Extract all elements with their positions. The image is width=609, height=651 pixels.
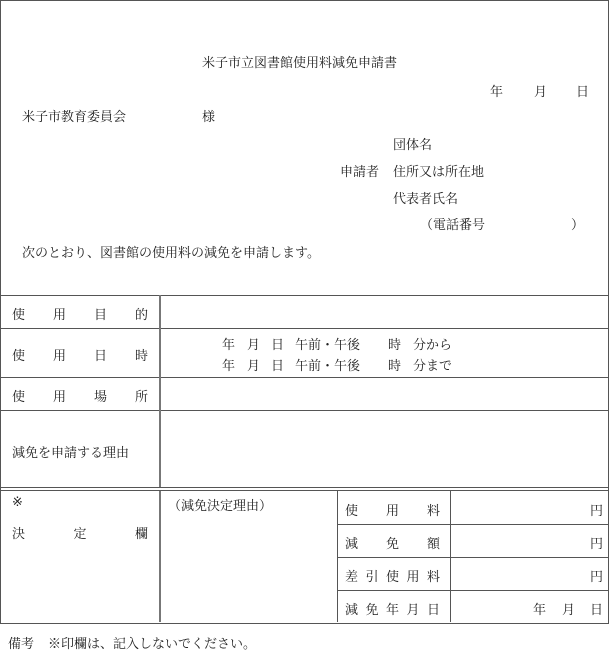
reduction-date-day: 日 [590,599,603,618]
form-title: 米子市立図書館使用料減免申請書 [202,52,397,71]
phone-close: ） [571,214,584,233]
column-divider [159,295,161,487]
group-name-label: 団体名 [393,134,432,153]
fee-unit: 円 [590,500,603,519]
reduction-amount-unit: 円 [590,533,603,552]
reduction-amount-label: 減 免 額 [345,533,440,552]
phone-label: （電話番号 [420,214,485,233]
date-month-label: 月 [534,81,547,100]
divider [337,524,609,525]
divider [0,328,609,329]
net-fee-label: 差 引 使 用 料 [345,566,440,585]
representative-label: 代表者氏名 [393,188,458,207]
reason-field[interactable] [162,411,607,486]
date-day-label: 日 [576,81,589,100]
row-label-purpose: 使 用 目 的 [12,304,148,323]
addressee: 米子市教育委員会 [22,106,126,125]
reduction-date-label: 減 免 年 月 日 [345,599,440,618]
row-label-place: 使 用 場 所 [12,386,148,405]
row-label-datetime: 使 用 日 時 [12,345,148,364]
applicant-label: 申請者 [340,161,379,180]
net-fee-unit: 円 [590,566,603,585]
honorific: 様 [202,106,215,125]
address-label: 住所又は所在地 [393,161,484,180]
place-field[interactable] [162,378,607,409]
intro-text: 次のとおり、図書館の使用料の減免を申請します。 [22,242,320,261]
divider [0,487,609,488]
fee-label: 使 用 料 [345,500,440,519]
divider [337,557,609,558]
remark-label: 備考 [8,633,34,651]
decision-mark: ※ [12,495,23,510]
decision-reason-label: （減免決定理由） [168,495,272,514]
divider [337,590,609,591]
date-year-label: 年 [490,81,503,100]
decision-label: 決 定 欄 [12,523,148,542]
reduction-date-year: 年 [533,599,546,618]
divider [0,490,609,491]
purpose-field[interactable] [162,296,607,327]
column-divider [159,491,161,622]
remark-text: ※印欄は、記入しないでください。 [48,633,256,651]
row-label-reason: 減免を申請する理由 [12,442,129,461]
reduction-date-month: 月 [562,599,575,618]
